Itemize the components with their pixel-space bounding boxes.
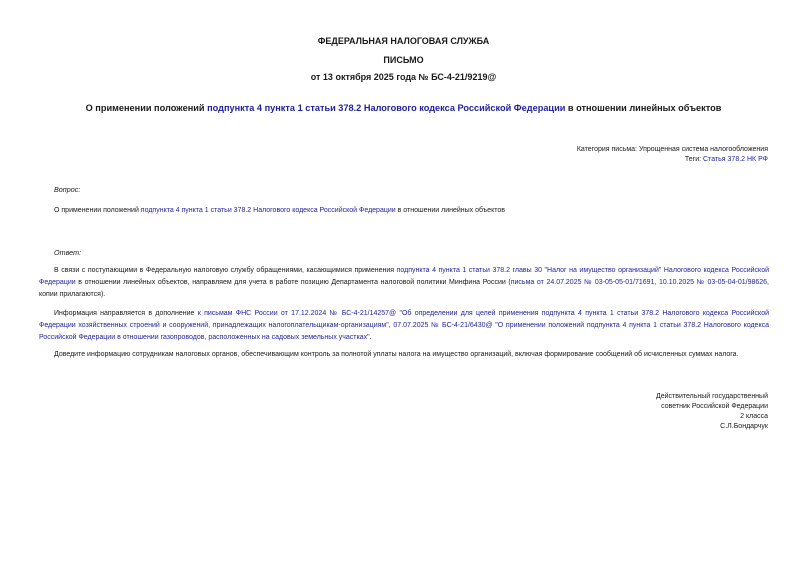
signature-rank-1: Действительный государственный <box>656 392 768 402</box>
subject-prefix: О применении положений <box>86 103 208 113</box>
p1-text-2: в отношении линейных объектов, направляе… <box>76 279 511 286</box>
tags-label: Теги: <box>685 156 703 163</box>
p1-text-1: В связи с поступающими в Федеральную нал… <box>54 267 397 274</box>
signature-name: С.Л.Бондарчук <box>656 422 768 432</box>
question-prefix: О применении положений <box>54 207 141 214</box>
signature-block: Действительный государственный советник … <box>656 392 768 432</box>
question-suffix: в отношении линейных объектов <box>396 207 505 214</box>
answer-label: Ответ: <box>54 248 81 257</box>
tag-link[interactable]: Статья 378.2 НК РФ <box>703 156 768 163</box>
question-law-link[interactable]: подпункта 4 пункта 1 статьи 378.2 Налого… <box>141 207 396 214</box>
signature-class: 2 класса <box>656 412 768 422</box>
letter-meta: Категория письма: Упрощенная система нал… <box>577 145 768 165</box>
category-label: Категория письма: <box>577 146 639 153</box>
answer-paragraph-3: Доведите информацию сотрудникам налоговы… <box>39 349 769 361</box>
question-text: О применении положений подпункта 4 пункт… <box>54 207 505 214</box>
subject-law-link[interactable]: подпункта 4 пункта 1 статьи 378.2 Налого… <box>207 103 565 113</box>
answer-paragraph-1: В связи с поступающими в Федеральную нал… <box>39 265 769 302</box>
p2-text-2: . <box>370 334 372 341</box>
document-date-number: от 13 октября 2025 года № БС-4-21/9219@ <box>0 72 807 82</box>
subject-suffix: в отношении линейных объектов <box>565 103 721 113</box>
signature-rank-2: советник Российской Федерации <box>656 402 768 412</box>
tags-line: Теги: Статья 378.2 НК РФ <box>577 155 768 165</box>
category-value: Упрощенная система налогообложения <box>639 146 768 153</box>
question-label: Вопрос: <box>54 185 80 194</box>
p1-minfin-letters-link[interactable]: письма от 24.07.2025 № 03-05-05-01/71691… <box>511 279 767 286</box>
document-subject: О применении положений подпункта 4 пункт… <box>0 103 807 113</box>
document-type: ПИСЬМО <box>0 55 807 65</box>
category-line: Категория письма: Упрощенная система нал… <box>577 145 768 155</box>
p2-text-1: Информация направляется в дополнение <box>54 310 198 317</box>
agency-title: ФЕДЕРАЛЬНАЯ НАЛОГОВАЯ СЛУЖБА <box>0 36 807 46</box>
answer-paragraph-2: Информация направляется в дополнение к п… <box>39 308 769 345</box>
